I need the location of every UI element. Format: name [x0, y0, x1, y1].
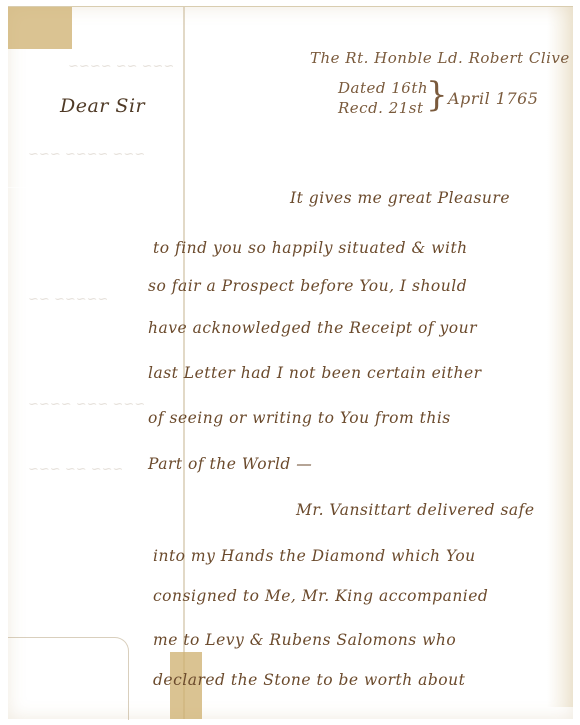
letter-page: ~~~ ~~ ~~~~ ~~~ ~~~~ ~~~ ~~~~~ ~~ ~~~ ~~…	[8, 6, 573, 719]
body-line: so fair a Prospect before You, I should	[148, 277, 467, 295]
received-line: Recd. 21st	[338, 99, 424, 117]
paper-repair-patch	[8, 637, 129, 720]
edge-discoloration-right	[547, 7, 573, 707]
body-line: into my Hands the Diamond which You	[153, 547, 476, 565]
body-line: me to Levy & Rubens Salomons who	[153, 631, 456, 649]
bleed-through-text: ~~~ ~~ ~~~~	[68, 59, 174, 74]
bleed-through-text: ~~~~~ ~~	[28, 292, 108, 307]
salutation: Dear Sir	[60, 95, 145, 117]
letter-date: April 1765	[448, 89, 538, 108]
body-line: have acknowledged the Receipt of your	[148, 319, 477, 337]
body-line: Mr. Vansittart delivered safe	[296, 501, 535, 519]
body-line: last Letter had I not been certain eithe…	[148, 364, 482, 382]
vertical-fold-crease	[183, 7, 185, 719]
body-line: Part of the World —	[148, 455, 312, 473]
dated-line: Dated 16th	[338, 79, 428, 97]
body-line: declared the Stone to be worth about	[153, 671, 465, 689]
addressee-line: The Rt. Honble Ld. Robert Clive	[310, 49, 570, 67]
body-line: consigned to Me, Mr. King accompanied	[153, 587, 488, 605]
body-line: to find you so happily situated & with	[153, 239, 468, 257]
body-line: of seeing or writing to You from this	[148, 409, 451, 427]
bleed-through-text: ~~~ ~~~~ ~~~	[28, 147, 145, 162]
bleed-through-text: ~~~ ~~ ~~~	[28, 462, 123, 477]
bleed-through-text: ~~~ ~~~ ~~~~	[28, 397, 145, 412]
tape-stain-top-left	[8, 7, 72, 49]
horizontal-fold-crease	[8, 187, 138, 188]
body-line: It gives me great Pleasure	[290, 189, 510, 207]
brace: }	[426, 75, 448, 115]
